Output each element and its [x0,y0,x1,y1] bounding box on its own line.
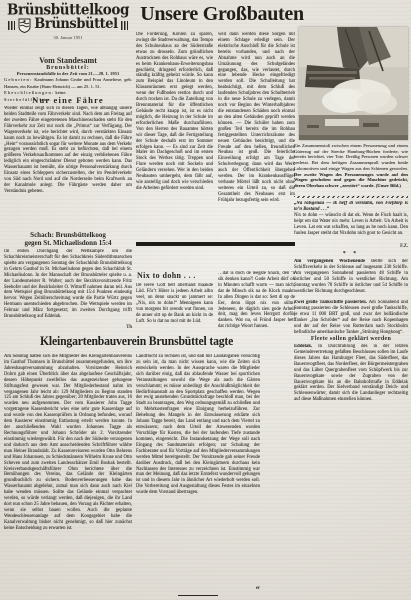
news-item-wochenende-lead: Am vergangenen Wochenende [294,259,365,264]
headline-fleete: Fleete sollen geklärt werden [294,336,408,342]
article-body-schach: Im ersten Durchgang der Wettkämpfe um di… [4,249,132,325]
headline-grossbauten: Unsere Großbauten [132,3,312,26]
fleete-text: In Durchführung des in der letzten Gemei… [294,344,408,402]
news-item-wochenende: Am vergangenen Wochenende stellte sich d… [294,259,408,301]
photo-caption-text: Ein Zusammenstoß zwischen einem Personen… [294,143,408,171]
news-item-wochenende-text: stellte sich der Schiffsverkehr in der S… [294,259,408,294]
nix-column-a: De leeve Gott hett allerhand maakde Lüd.… [136,283,213,330]
photo-caption-bold: Der zweite Wagen des Personenzuges wurde… [294,172,408,188]
news-item-tankschiffe-lead: Zwei große Tankschiffe passierten. [294,300,367,305]
grossbauten-column-a: Die Forderung, Kohlen zu sparen, zwingt … [136,32,213,238]
fz-quote: „Na ratsgenau — ik heff di verstahn, von… [294,201,408,213]
caption-separator [294,196,408,198]
headline-schach-line1: Schach: Brunsbüttelkoog [4,231,132,239]
photo-caption: Ein Zusammenstoß zwischen einem Personen… [294,143,408,189]
masthead-ornament-left [8,21,15,30]
stars-separator: * * [294,251,408,257]
kleingarten-column-2: Landflucht zu rechnen ist, und daß mit L… [136,354,260,586]
standesamt-title: Vom Standesamt [4,56,132,65]
headline-schach: Schach: Brunsbüttelkoog gegen St. Michae… [4,231,132,247]
schach-sign: Th [4,325,132,330]
masthead-date: 30. Januar 1951 [4,35,132,40]
fleete-body: Eddelak. In Durchführung des in der letz… [294,344,408,406]
nix-column-b: …dat is doch de leegste Snack, den ’n si… [218,271,295,330]
coat-of-arms-icon [18,18,31,33]
fleete-lead: Eddelak. [294,344,312,349]
end-rule [178,595,218,596]
crash-photo [299,27,408,140]
kleingarten-column-1: Am Sonntag hatten sich die Mitglieder de… [4,354,132,600]
masthead-title-line2: Brünsbüttel [34,18,117,33]
section-rule-heavy [136,242,295,246]
grossbauten-column-b: weil dann werden diese Sorgen mit einem … [218,32,295,238]
news-item-tankschiffe: Zwei große Tankschiffe passierten. Am So… [294,300,408,334]
news-item-tankschiffe-text: Am Sonnabend und Sonntag passierten die … [294,300,408,334]
masthead-ornament-right [121,21,128,30]
kleingarten-sign: er [136,586,260,591]
article-body-faehre: Wieder einmal zeigt sich in diesen Tagen… [4,106,132,228]
fz-body: Nix to dohn — wünscht di dat ok. Wenn de… [294,213,408,236]
standesamt-entry: Geburten: Kaufmann Johann Grube und Frau… [4,77,132,90]
newspaper-page: Brünsbüttelkoog Brünsbüttel 30. Januar 1… [0,0,411,600]
headline-faehre: Nur eine Fähre [4,95,132,105]
entry-label: Geburten: [4,77,32,82]
fz-sign: F.Z. [294,244,408,249]
fz-item: „Na ratsgenau — ik heff di verstahn, von… [294,201,408,237]
headline-schach-line2: gegen St. Michaelisdonn 15:4 [4,239,132,247]
masthead: Brünsbüttelkoog Brünsbüttel 30. Januar 1… [4,3,132,40]
headline-kleingarten: Kleingartenbauverein Brunsbüttel tagte [40,333,261,349]
